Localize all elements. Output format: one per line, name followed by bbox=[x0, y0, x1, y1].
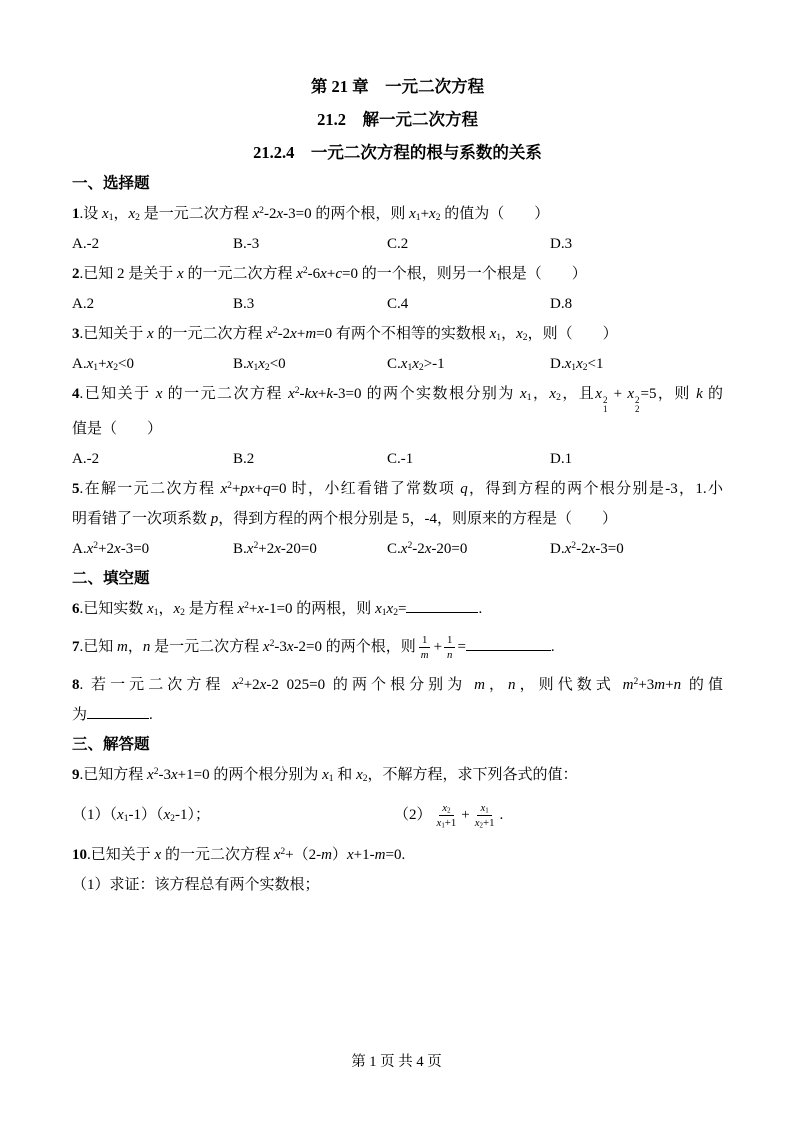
part3-heading-solution-questions: 三、解答题 bbox=[72, 730, 723, 760]
question-3-option-a: A.x1+x2<0 bbox=[72, 349, 233, 379]
question-6-stem: 6.已知实数 x1，x2 是方程 x2+x-1=0 的两根，则 x1x2=. bbox=[72, 594, 723, 624]
chapter-title: 第 21 章 一元二次方程 bbox=[72, 70, 723, 103]
question-3: 3.已知关于 x 的一元二次方程 x2-2x+m=0 有两个不相等的实数根 x1… bbox=[72, 319, 723, 379]
question-4-option-a: A.-2 bbox=[72, 444, 233, 474]
question-4-option-c: C.-1 bbox=[387, 444, 550, 474]
question-1-option-c: C.2 bbox=[387, 229, 550, 259]
question-2-options: A.2 B.3 C.4 D.8 bbox=[72, 289, 723, 319]
question-10-stem: 10.已知关于 x 的一元二次方程 x2+（2-m）x+1-m=0. bbox=[72, 840, 723, 870]
question-7: 7.已知 m，n 是一元二次方程 x2-3x-2=0 的两个根，则1m+1n=. bbox=[72, 624, 723, 670]
question-4-options: A.-2 B.2 C.-1 D.1 bbox=[72, 444, 723, 474]
question-8-stem-line1: 8. 若一元二次方程 x2+2x-2 025=0 的两个根分别为 m，n，则代数… bbox=[72, 670, 723, 700]
question-9-part-1: （1）（x1-1）（x2-1）； bbox=[72, 790, 394, 840]
part1-heading-choice-questions: 一、选择题 bbox=[72, 169, 723, 199]
question-2-stem: 2.已知 2 是关于 x 的一元二次方程 x2-6x+c=0 的一个根，则另一个… bbox=[72, 259, 723, 289]
question-8-stem-line2: 为. bbox=[72, 700, 723, 730]
question-5-stem-line2: 明看错了一次项系数 p，得到方程的两个根分别是 5，-4，则原来的方程是（ ） bbox=[72, 504, 723, 534]
question-10-part-1: （1）求证：该方程总有两个实数根； bbox=[72, 870, 723, 900]
worksheet-page: 第 21 章 一元二次方程 21.2 解一元二次方程 21.2.4 一元二次方程… bbox=[0, 0, 793, 1122]
question-3-options: A.x1+x2<0 B.x1x2<0 C.x1x2>-1 D.x1x2<1 bbox=[72, 349, 723, 379]
question-2-option-d: D.8 bbox=[550, 289, 723, 319]
worksheet-content: 第 21 章 一元二次方程 21.2 解一元二次方程 21.2.4 一元二次方程… bbox=[72, 70, 723, 900]
question-5: 5.在解一元二次方程 x2+px+q=0 时，小红看错了常数项 q，得到方程的两… bbox=[72, 474, 723, 564]
part2-heading-fill-in-questions: 二、填空题 bbox=[72, 564, 723, 594]
question-10: 10.已知关于 x 的一元二次方程 x2+（2-m）x+1-m=0. （1）求证… bbox=[72, 840, 723, 900]
question-3-option-b: B.x1x2<0 bbox=[233, 349, 387, 379]
question-9-part-2: （2）x2x1+1+x1x2+1. bbox=[394, 790, 503, 840]
question-8: 8. 若一元二次方程 x2+2x-2 025=0 的两个根分别为 m，n，则代数… bbox=[72, 670, 723, 730]
question-1: 1.设 x1，x2 是一元二次方程 x2-2x-3=0 的两个根，则 x1+x2… bbox=[72, 199, 723, 259]
question-9-parts: （1）（x1-1）（x2-1）； （2）x2x1+1+x1x2+1. bbox=[72, 790, 723, 840]
question-5-option-a: A.x2+2x-3=0 bbox=[72, 534, 233, 564]
question-1-stem: 1.设 x1，x2 是一元二次方程 x2-2x-3=0 的两个根，则 x1+x2… bbox=[72, 199, 723, 229]
question-1-option-d: D.3 bbox=[550, 229, 723, 259]
question-4-stem-line1: 4.已知关于 x 的一元二次方程 x2-kx+k-3=0 的两个实数根分别为 x… bbox=[72, 379, 723, 414]
question-2-option-b: B.3 bbox=[233, 289, 387, 319]
page-number-footer: 第 1 页 共 4 页 bbox=[0, 1052, 793, 1072]
question-6: 6.已知实数 x1，x2 是方程 x2+x-1=0 的两根，则 x1x2=. bbox=[72, 594, 723, 624]
question-2: 2.已知 2 是关于 x 的一元二次方程 x2-6x+c=0 的一个根，则另一个… bbox=[72, 259, 723, 319]
question-5-option-c: C.x2-2x-20=0 bbox=[387, 534, 550, 564]
question-4: 4.已知关于 x 的一元二次方程 x2-kx+k-3=0 的两个实数根分别为 x… bbox=[72, 379, 723, 474]
question-3-option-c: C.x1x2>-1 bbox=[387, 349, 550, 379]
question-5-options: A.x2+2x-3=0 B.x2+2x-20=0 C.x2-2x-20=0 D.… bbox=[72, 534, 723, 564]
question-7-stem: 7.已知 m，n 是一元二次方程 x2-3x-2=0 的两个根，则1m+1n=. bbox=[72, 624, 723, 670]
question-1-option-a: A.-2 bbox=[72, 229, 233, 259]
question-3-stem: 3.已知关于 x 的一元二次方程 x2-2x+m=0 有两个不相等的实数根 x1… bbox=[72, 319, 723, 349]
question-5-stem-line1: 5.在解一元二次方程 x2+px+q=0 时，小红看错了常数项 q，得到方程的两… bbox=[72, 474, 723, 504]
question-3-option-d: D.x1x2<1 bbox=[550, 349, 723, 379]
question-5-option-b: B.x2+2x-20=0 bbox=[233, 534, 387, 564]
question-9-stem: 9.已知方程 x2-3x+1=0 的两个根分别为 x1 和 x2，不解方程，求下… bbox=[72, 760, 723, 790]
question-5-option-d: D.x2-2x-3=0 bbox=[550, 534, 723, 564]
section-title: 21.2 解一元二次方程 bbox=[72, 103, 723, 136]
question-4-stem-line2: 值是（ ） bbox=[72, 414, 723, 444]
question-4-option-d: D.1 bbox=[550, 444, 723, 474]
question-2-option-c: C.4 bbox=[387, 289, 550, 319]
question-4-option-b: B.2 bbox=[233, 444, 387, 474]
question-2-option-a: A.2 bbox=[72, 289, 233, 319]
question-1-option-b: B.-3 bbox=[233, 229, 387, 259]
question-1-options: A.-2 B.-3 C.2 D.3 bbox=[72, 229, 723, 259]
subsection-title: 21.2.4 一元二次方程的根与系数的关系 bbox=[72, 136, 723, 169]
question-9: 9.已知方程 x2-3x+1=0 的两个根分别为 x1 和 x2，不解方程，求下… bbox=[72, 760, 723, 840]
